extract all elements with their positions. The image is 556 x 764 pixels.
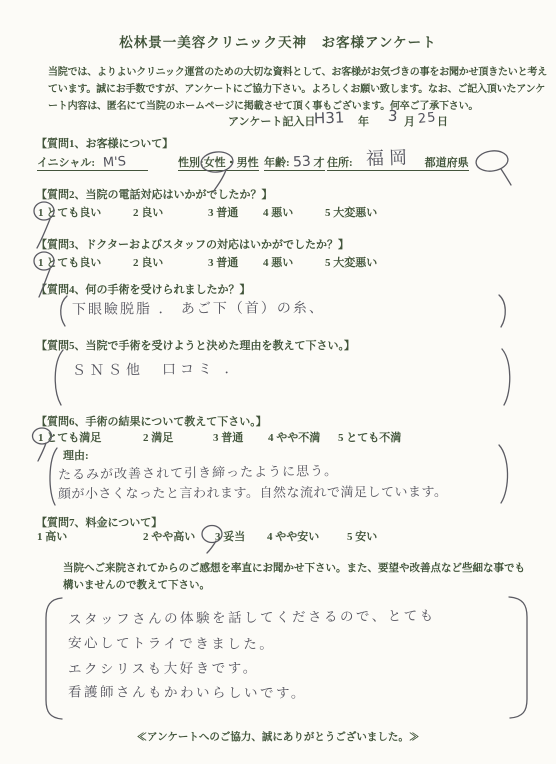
q2-option-2: 2 良い [133, 204, 163, 220]
gender-options: 女性・男性 [204, 154, 259, 170]
q1-age-field: 年齢: 53 才 [264, 151, 325, 171]
questionnaire-scan: 松林景一美容クリニック天神 お客様アンケート 当院では、よりよいクリニック運営の… [0, 0, 556, 764]
age-label: 年齢: [264, 154, 290, 170]
q1-heading: 【質問1、お客様について】 [36, 135, 173, 151]
footer-thanks: ≪アンケートへのご協力、誠にありがとうございました。≫ [0, 729, 556, 744]
initial-value: M'S [103, 154, 127, 171]
q7-option-2: 2 やや高い [143, 528, 195, 544]
q2-option-1: 1 とても良い [38, 204, 101, 220]
date-month-suffix: 月 [404, 113, 415, 129]
comment-line-4: 看護師さんもかわいらしいです。 [68, 680, 307, 701]
prefecture-selection-circle [475, 149, 511, 185]
q7-option-4: 4 やや安い [267, 528, 319, 544]
q7-option-1: 1 高い [37, 528, 67, 544]
address-label: 住所: [327, 154, 353, 170]
q6-reason-line-2: 顔が小さくなったと言われます。自然な流れで満足しています。 [58, 481, 448, 502]
q6-option-4: 4 やや不満 [268, 429, 320, 445]
q4-heading: 【質問4、何の手術を受けられましたか？】 [36, 281, 251, 297]
date-year-suffix: 年 [358, 113, 369, 129]
q3-option-2: 2 良い [133, 254, 163, 270]
comment-line-1: スタッフさんの体験を話してくださるので、とても [68, 604, 436, 628]
q1-address-field: 住所: 福岡 都道府県 [327, 148, 469, 171]
date-month-value: 3 [387, 107, 398, 126]
intro-line-1: 当院では、よりよいクリニック運営のための大切な資料として、お客様がお気づきの事を… [48, 63, 547, 78]
q2-option-5: 5 大変悪い [325, 204, 377, 220]
date-day-suffix: 日 [437, 113, 448, 129]
q7-option-3: 3 妥当 [215, 528, 245, 544]
q1-gender-field: 性別: 女性・男性 [178, 151, 259, 171]
q6-option-5: 5 とても不満 [338, 429, 401, 445]
q4-answer: 下眼瞼脱脂 ． あご下（首）の糸、 [72, 297, 325, 319]
q7-option-5: 5 安い [347, 528, 377, 544]
comments-prompt-line-1: 当院へご来院されてからのご感想を率直にお聞かせ下さい。また、要望や改善点など些細… [63, 560, 525, 575]
address-value: 福岡 [365, 143, 412, 171]
q6-option-3: 3 普通 [213, 429, 243, 445]
comment-line-3: エクシリスも大好きです。 [68, 656, 259, 677]
age-suffix: 才 [314, 154, 325, 170]
q3-heading: 【質問3、ドクターおよびスタッフの対応はいかがでしたか？】 [36, 236, 349, 252]
gender-label: 性別: [178, 154, 204, 170]
intro-line-3: ート内容は、匿名にて当院のホームページに掲載させて頂く事もございます。何卒ご了承… [48, 97, 478, 112]
page-title: 松林景一美容クリニック天神 お客様アンケート [0, 31, 556, 51]
q3-option-4: 4 悪い [263, 254, 293, 270]
intro-line-2: ています。誠にお手数ですが、アンケートにご協力下さい。よろしくお願い致します。な… [48, 80, 545, 95]
q1-initial-field: イニシャル: M'S [37, 151, 148, 171]
q3-option-3: 3 普通 [208, 254, 238, 270]
q6-reason-line-1: たるみが改善されて引き締ったように思う。 [58, 460, 338, 483]
date-label: アンケート記入日 [228, 113, 315, 129]
address-suffix: 都道府県 [425, 154, 469, 170]
q6-heading: 【質問6、手術の結果について教えて下さい。】 [36, 413, 267, 429]
q5-answer: ＳＮＳ他 口コミ ． [72, 358, 243, 380]
comments-prompt-line-2: 構いませんので教えて下さい。 [63, 577, 210, 592]
comment-line-2: 安心してトライできました。 [68, 631, 275, 652]
age-value: 53 [292, 154, 311, 171]
q6-option-2: 2 満足 [143, 429, 173, 445]
q3-option-5: 5 大変悪い [325, 254, 377, 270]
initial-label: イニシャル: [37, 154, 95, 170]
q3-option-1: 1 とても良い [38, 254, 101, 270]
q6-option-1: 1 とても満足 [38, 429, 101, 445]
date-day-value: 25 [417, 110, 437, 127]
q5-heading: 【質問5、当院で手術を受けようと決めた理由を教えて下さい。】 [36, 337, 355, 353]
date-year-value: H31 [314, 108, 345, 127]
q2-option-3: 3 普通 [208, 204, 238, 220]
q6-reason-label: 理由: [63, 447, 89, 463]
q2-heading: 【質問2、当院の電話対応はいかがでしたか？】 [36, 186, 273, 202]
q2-option-4: 4 悪い [263, 204, 293, 220]
